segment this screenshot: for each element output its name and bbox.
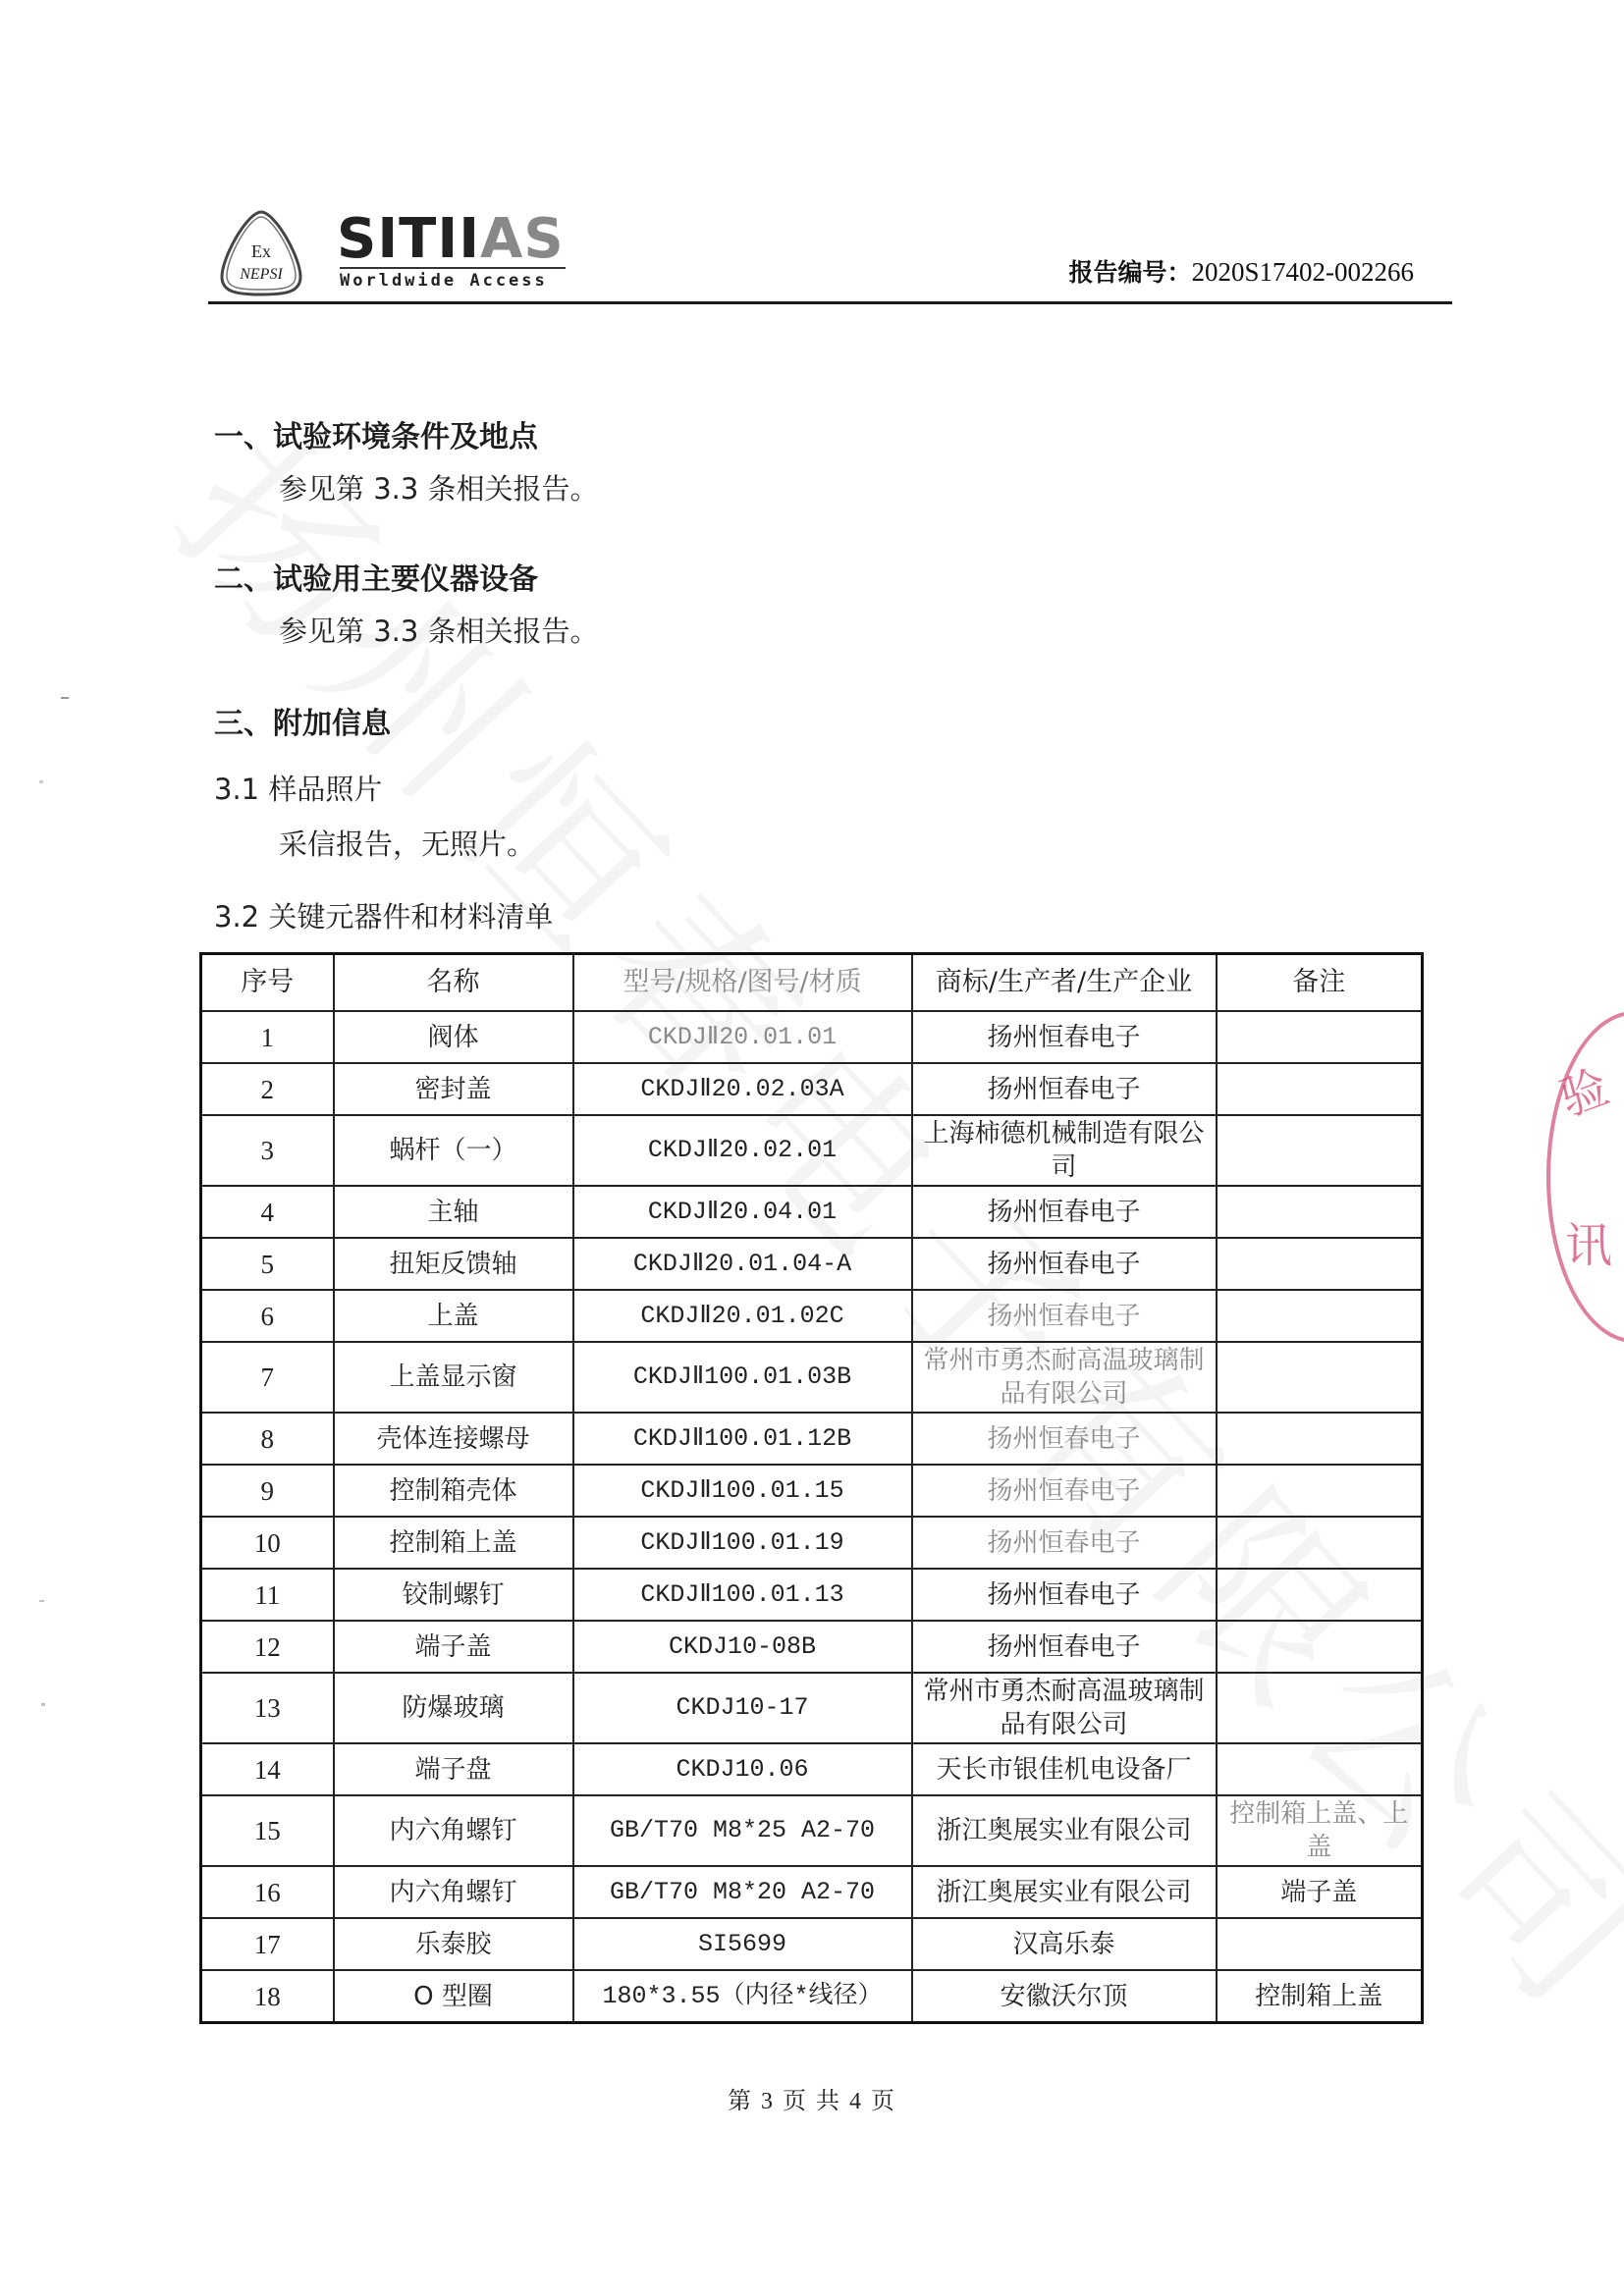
page-number: 第 3 页 共 4 页 xyxy=(0,2081,1624,2115)
table-row: 7 上盖显示窗 CKDJⅡ100.01.03B 常州市勇杰耐高温玻璃制品有限公司 xyxy=(201,1342,1423,1413)
logo-nepsi-text: NEPSI xyxy=(239,266,283,283)
table-row: 18 O 型圈 180*3.55（内径*线径） 安徽沃尔顶 控制箱上盖 xyxy=(201,1970,1423,2023)
cell-name: 乐泰胶 xyxy=(334,1918,573,1970)
cell-remarks xyxy=(1217,1238,1423,1290)
cell-maker: 扬州恒春电子 xyxy=(912,1621,1217,1673)
stamp-char-2: 讯 xyxy=(1565,1207,1612,1275)
subsection-3-2-title: 3.2 关键元器件和材料清单 xyxy=(214,895,553,935)
cell-maker: 扬州恒春电子 xyxy=(912,1238,1217,1290)
cell-model: CKDJⅡ100.01.15 xyxy=(573,1465,912,1517)
cell-maker: 常州市勇杰耐高温玻璃制品有限公司 xyxy=(912,1673,1217,1743)
subsection-3-1-body: 采信报告，无照片。 xyxy=(279,823,535,863)
table-row: 16 内六角螺钉 GB/T70 M8*20 A2-70 浙江奥展实业有限公司 端… xyxy=(201,1866,1423,1918)
cell-model: CKDJⅡ20.02.01 xyxy=(573,1115,912,1186)
header-name: 名称 xyxy=(334,954,573,1012)
table-row: 15 内六角螺钉 GB/T70 M8*25 A2-70 浙江奥展实业有限公司 控… xyxy=(201,1795,1423,1866)
components-materials-table: 序号 名称 型号/规格/图号/材质 商标/生产者/生产企业 备注 1 阀体 CK… xyxy=(199,952,1424,2024)
section-1-title: 一、试验环境条件及地点 xyxy=(214,412,538,455)
cell-name: O 型圈 xyxy=(334,1970,573,2023)
cell-remarks xyxy=(1217,1342,1423,1413)
cell-name: 壳体连接螺母 xyxy=(334,1413,573,1465)
stamp-char-1: 验 xyxy=(1549,1049,1617,1129)
cell-serial-no: 18 xyxy=(201,1970,334,2023)
cell-maker: 扬州恒春电子 xyxy=(912,1569,1217,1621)
table-row: 4 主轴 CKDJⅡ20.04.01 扬州恒春电子 xyxy=(201,1186,1423,1238)
table-row: 13 防爆玻璃 CKDJ10-17 常州市勇杰耐高温玻璃制品有限公司 xyxy=(201,1673,1423,1743)
cell-name: 控制箱壳体 xyxy=(334,1465,573,1517)
scan-noise xyxy=(39,780,43,783)
section-1-body: 参见第 3.3 条相关报告。 xyxy=(279,467,599,507)
section-2-body: 参见第 3.3 条相关报告。 xyxy=(279,610,599,650)
table-row: 3 蜗杆（一） CKDJⅡ20.02.01 上海柿德机械制造有限公司 xyxy=(201,1115,1423,1186)
cell-maker: 常州市勇杰耐高温玻璃制品有限公司 xyxy=(912,1342,1217,1413)
cell-remarks xyxy=(1217,1413,1423,1465)
cell-remarks xyxy=(1217,1290,1423,1342)
cell-name: 阀体 xyxy=(334,1011,573,1063)
table-row: 10 控制箱上盖 CKDJⅡ100.01.19 扬州恒春电子 xyxy=(201,1517,1423,1569)
logo-divider xyxy=(340,267,566,269)
table-row: 14 端子盘 CKDJ10.06 天长市银佳机电设备厂 xyxy=(201,1743,1423,1795)
cell-model: CKDJⅡ100.01.03B xyxy=(573,1342,912,1413)
cell-name: 端子盘 xyxy=(334,1743,573,1795)
cell-maker: 上海柿德机械制造有限公司 xyxy=(912,1115,1217,1186)
scan-noise xyxy=(39,1600,44,1602)
cell-model: GB/T70 M8*25 A2-70 xyxy=(573,1795,912,1866)
cell-name: 内六角螺钉 xyxy=(334,1795,573,1866)
cell-remarks xyxy=(1217,1743,1423,1795)
table-row: 6 上盖 CKDJⅡ20.01.02C 扬州恒春电子 xyxy=(201,1290,1423,1342)
cell-remarks: 端子盖 xyxy=(1217,1866,1423,1918)
sitiias-logo: SITIIAS xyxy=(337,210,565,269)
cell-remarks xyxy=(1217,1918,1423,1970)
header-model-spec: 型号/规格/图号/材质 xyxy=(573,954,912,1012)
cell-serial-no: 11 xyxy=(201,1569,334,1621)
table-row: 1 阀体 CKDJⅡ20.01.01 扬州恒春电子 xyxy=(201,1011,1423,1063)
cell-name: 主轴 xyxy=(334,1186,573,1238)
cell-model: CKDJⅡ100.01.12B xyxy=(573,1413,912,1465)
cell-model: CKDJⅡ20.02.03A xyxy=(573,1063,912,1115)
brand-accent: AS xyxy=(480,207,565,271)
header-remarks: 备注 xyxy=(1217,954,1423,1012)
cell-serial-no: 17 xyxy=(201,1918,334,1970)
table-row: 17 乐泰胶 SI5699 汉高乐泰 xyxy=(201,1918,1423,1970)
cell-serial-no: 5 xyxy=(201,1238,334,1290)
table-row: 2 密封盖 CKDJⅡ20.02.03A 扬州恒春电子 xyxy=(201,1063,1423,1115)
cell-name: 内六角螺钉 xyxy=(334,1866,573,1918)
cell-remarks xyxy=(1217,1517,1423,1569)
cell-model: CKDJⅡ20.04.01 xyxy=(573,1186,912,1238)
cell-name: 上盖显示窗 xyxy=(334,1342,573,1413)
cell-model: 180*3.55（内径*线径） xyxy=(573,1970,912,2023)
cell-name: 蜗杆（一） xyxy=(334,1115,573,1186)
report-number-value: 2020S17402-002266 xyxy=(1191,257,1414,287)
cell-name: 铰制螺钉 xyxy=(334,1569,573,1621)
cell-remarks: 控制箱上盖、上盖 xyxy=(1217,1795,1423,1866)
cell-model: GB/T70 M8*20 A2-70 xyxy=(573,1866,912,1918)
cell-model: CKDJ10-17 xyxy=(573,1673,912,1743)
cell-serial-no: 10 xyxy=(201,1517,334,1569)
cell-maker: 扬州恒春电子 xyxy=(912,1290,1217,1342)
cell-remarks: 控制箱上盖 xyxy=(1217,1970,1423,2023)
cell-model: CKDJⅡ100.01.13 xyxy=(573,1569,912,1621)
cell-serial-no: 13 xyxy=(201,1673,334,1743)
cell-serial-no: 12 xyxy=(201,1621,334,1673)
cell-name: 防爆玻璃 xyxy=(334,1673,573,1743)
report-number: 报告编号：2020S17402-002266 xyxy=(1068,253,1414,289)
cell-maker: 汉高乐泰 xyxy=(912,1918,1217,1970)
cell-model: CKDJⅡ20.01.04-A xyxy=(573,1238,912,1290)
cell-model: CKDJ10-08B xyxy=(573,1621,912,1673)
cell-maker: 扬州恒春电子 xyxy=(912,1186,1217,1238)
cell-maker: 扬州恒春电子 xyxy=(912,1413,1217,1465)
cell-serial-no: 14 xyxy=(201,1743,334,1795)
scan-noise xyxy=(61,697,69,699)
cell-name: 扭矩反馈轴 xyxy=(334,1238,573,1290)
cell-serial-no: 7 xyxy=(201,1342,334,1413)
cell-model: CKDJⅡ20.01.02C xyxy=(573,1290,912,1342)
report-number-label: 报告编号： xyxy=(1068,258,1191,287)
section-3-title: 三、附加信息 xyxy=(214,699,391,742)
cell-maker: 扬州恒春电子 xyxy=(912,1517,1217,1569)
table-row: 9 控制箱壳体 CKDJⅡ100.01.15 扬州恒春电子 xyxy=(201,1465,1423,1517)
header-manufacturer: 商标/生产者/生产企业 xyxy=(912,954,1217,1012)
cell-remarks xyxy=(1217,1673,1423,1743)
header-serial-no: 序号 xyxy=(201,954,334,1012)
cell-name: 密封盖 xyxy=(334,1063,573,1115)
table-row: 12 端子盖 CKDJ10-08B 扬州恒春电子 xyxy=(201,1621,1423,1673)
cell-remarks xyxy=(1217,1011,1423,1063)
cell-model: CKDJⅡ100.01.19 xyxy=(573,1517,912,1569)
cell-serial-no: 6 xyxy=(201,1290,334,1342)
cell-remarks xyxy=(1217,1115,1423,1186)
subsection-3-1-title: 3.1 样品照片 xyxy=(214,768,382,808)
cell-maker: 浙江奥展实业有限公司 xyxy=(912,1866,1217,1918)
header-divider xyxy=(208,301,1452,304)
cell-serial-no: 1 xyxy=(201,1011,334,1063)
cell-maker: 浙江奥展实业有限公司 xyxy=(912,1795,1217,1866)
logo-ex-text: Ex xyxy=(251,241,271,261)
cell-serial-no: 2 xyxy=(201,1063,334,1115)
cell-name: 控制箱上盖 xyxy=(334,1517,573,1569)
cell-serial-no: 4 xyxy=(201,1186,334,1238)
scan-noise xyxy=(41,1703,45,1706)
cell-model: CKDJ10.06 xyxy=(573,1743,912,1795)
cell-remarks xyxy=(1217,1569,1423,1621)
cell-remarks xyxy=(1217,1465,1423,1517)
cell-serial-no: 16 xyxy=(201,1866,334,1918)
cell-model: CKDJⅡ20.01.01 xyxy=(573,1011,912,1063)
brand-main: SITII xyxy=(337,207,480,271)
cell-maker: 扬州恒春电子 xyxy=(912,1063,1217,1115)
cell-serial-no: 15 xyxy=(201,1795,334,1866)
cell-remarks xyxy=(1217,1621,1423,1673)
cell-name: 上盖 xyxy=(334,1290,573,1342)
table-header-row: 序号 名称 型号/规格/图号/材质 商标/生产者/生产企业 备注 xyxy=(201,954,1423,1012)
cell-serial-no: 8 xyxy=(201,1413,334,1465)
brand-tagline: Worldwide Access xyxy=(340,271,548,291)
nepsi-ex-logo-icon: Ex NEPSI xyxy=(218,208,304,298)
cell-maker: 扬州恒春电子 xyxy=(912,1011,1217,1063)
table-row: 11 铰制螺钉 CKDJⅡ100.01.13 扬州恒春电子 xyxy=(201,1569,1423,1621)
cell-model: SI5699 xyxy=(573,1918,912,1970)
cell-serial-no: 3 xyxy=(201,1115,334,1186)
cell-remarks xyxy=(1217,1063,1423,1115)
cell-remarks xyxy=(1217,1186,1423,1238)
table-row: 5 扭矩反馈轴 CKDJⅡ20.01.04-A 扬州恒春电子 xyxy=(201,1238,1423,1290)
table-row: 8 壳体连接螺母 CKDJⅡ100.01.12B 扬州恒春电子 xyxy=(201,1413,1423,1465)
cell-name: 端子盖 xyxy=(334,1621,573,1673)
cell-serial-no: 9 xyxy=(201,1465,334,1517)
cell-maker: 安徽沃尔顶 xyxy=(912,1970,1217,2023)
cell-maker: 天长市银佳机电设备厂 xyxy=(912,1743,1217,1795)
section-2-title: 二、试验用主要仪器设备 xyxy=(214,555,538,598)
cell-maker: 扬州恒春电子 xyxy=(912,1465,1217,1517)
